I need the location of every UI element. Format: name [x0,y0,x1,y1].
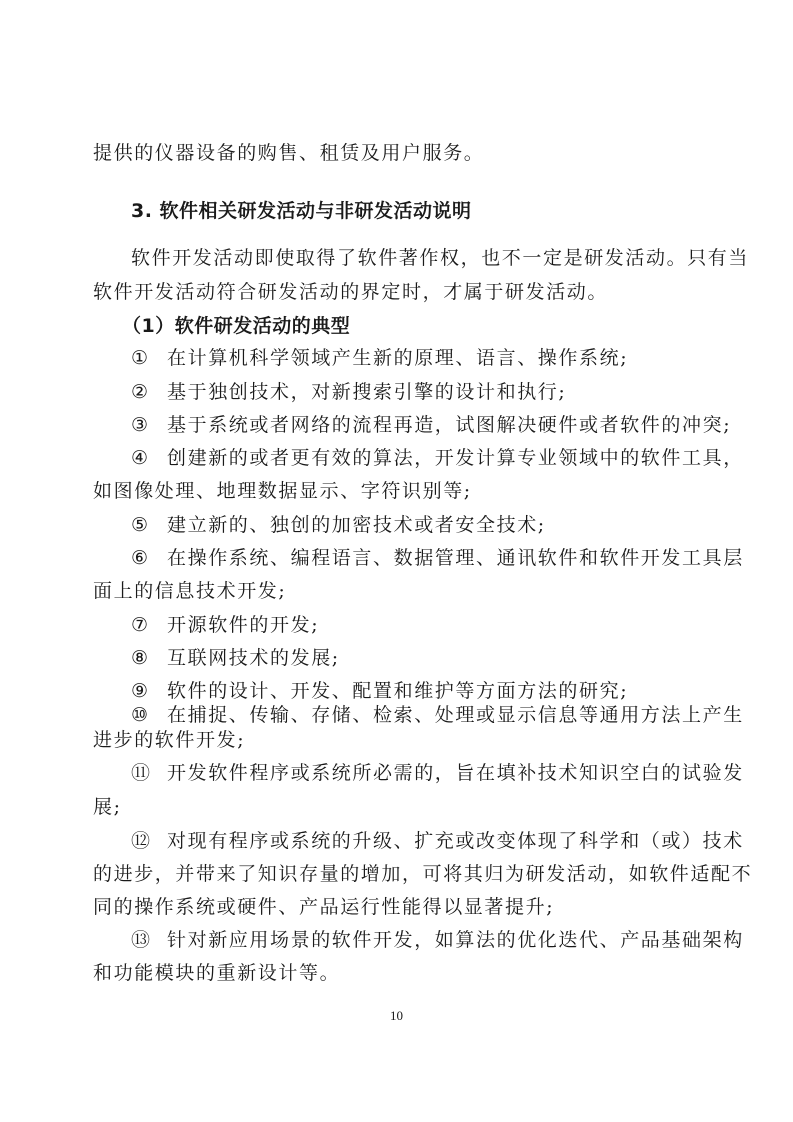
list-item-3: ③基于系统或者网络的流程再造，试图解决硬件或者软件的冲突; [131,413,699,437]
item-number: ⑥ [131,546,167,570]
list-item-1: ①在计算机科学领域产生新的原理、语言、操作系统; [131,346,699,370]
list-item-6: ⑥在操作系统、编程语言、数据管理、通讯软件和软件开发工具层 [131,546,699,570]
list-item-5: ⑤建立新的、独创的加密技术或者安全技术; [131,513,699,537]
item-number: ④ [131,446,167,470]
list-item-4: ④创建新的或者更有效的算法，开发计算专业领域中的软件工具， [131,446,699,470]
list-item-10: ⑩在捕捉、传输、存储、检索、处理或显示信息等通用方法上产生 [131,703,699,727]
item-number: ⑪ [131,761,167,785]
list-item-6-cont: 面上的信息技术开发; [93,579,699,603]
list-item-12-cont-1: 的进步，并带来了知识存量的增加，可将其归为研发活动，如软件适配不 [93,862,699,886]
list-item-11-cont: 展; [93,795,699,819]
list-item-10-cont: 进步的软件开发; [93,728,699,752]
list-item-13-cont: 和功能模块的重新设计等。 [93,961,699,985]
item-number: ⑫ [131,829,167,853]
continuation-text: 提供的仪器设备的购售、租赁及用户服务。 [93,141,699,165]
item-number: ⑤ [131,513,167,537]
list-item-4-cont: 如图像处理、地理数据显示、字符识别等; [93,479,699,503]
item-number: ② [131,380,167,404]
list-item-9: ⑨软件的设计、开发、配置和维护等方面方法的研究; [131,679,699,703]
document-page: 提供的仪器设备的购售、租赁及用户服务。 3. 软件相关研发活动与非研发活动说明 … [0,0,793,1122]
section-heading: 3. 软件相关研发活动与非研发活动说明 [131,199,699,223]
item-number: ① [131,346,167,370]
list-item-2: ②基于独创技术，对新搜索引擎的设计和执行; [131,380,699,404]
list-item-8: ⑧互联网技术的发展; [131,646,699,670]
subheading-typical-activities: （1）软件研发活动的典型 [122,314,690,338]
list-item-11: ⑪开发软件程序或系统所必需的，旨在填补技术知识空白的试验发 [131,761,699,785]
page-number: 10 [0,1008,793,1024]
list-item-12: ⑫对现有程序或系统的升级、扩充或改变体现了科学和（或）技术 [131,829,699,853]
intro-paragraph-line-1: 软件开发活动即使取得了软件著作权，也不一定是研发活动。只有当 [131,246,699,270]
item-number: ⑩ [131,703,167,727]
list-item-13: ⑬针对新应用场景的软件开发，如算法的优化迭代、产品基础架构 [131,928,699,952]
list-item-7: ⑦开源软件的开发; [131,613,699,637]
item-number: ⑨ [131,679,167,703]
intro-paragraph-line-2: 软件开发活动符合研发活动的界定时，才属于研发活动。 [93,280,699,304]
item-number: ③ [131,413,167,437]
list-item-12-cont-2: 同的操作系统或硬件、产品运行性能得以显著提升; [93,895,699,919]
item-number: ⑬ [131,928,167,952]
item-number: ⑧ [131,646,167,670]
item-number: ⑦ [131,613,167,637]
